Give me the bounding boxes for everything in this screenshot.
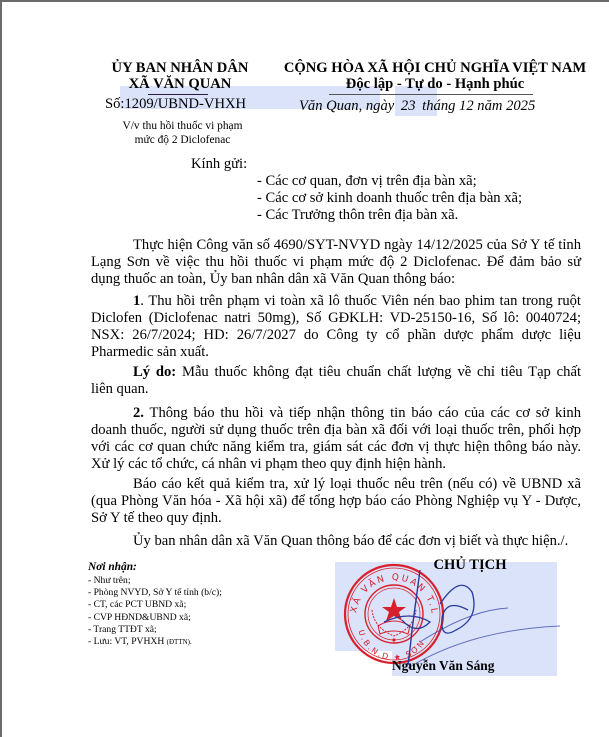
receivers-label: Nơi nhận: — [88, 561, 137, 573]
receivers-list: - Như trên; - Phòng NVYD, Sở Y tế tỉnh (… — [88, 575, 222, 648]
commune-name: XÃ VĂN QUAN — [80, 76, 280, 93]
recipient-item: - Các cơ sở kinh doanh thuốc trên địa bà… — [257, 190, 522, 207]
national-title: CỘNG HÒA XÃ HỘI CHỦ NGHĨA VIỆT NAM — [270, 60, 600, 77]
recipients-label: Kính gửi: — [191, 156, 247, 173]
date-suffix: tháng 12 năm 2025 — [422, 98, 535, 114]
intro-paragraph: Thực hiện Công văn số 4690/SYT-NVYD ngày… — [91, 237, 581, 288]
signer-name: Nguyễn Văn Sáng — [392, 658, 494, 674]
item-2-number: 2. — [133, 405, 144, 421]
agency-name: ỦY BAN NHÂN DÂN — [80, 60, 280, 77]
recipient-item: - Các Trưởng thôn trên địa bàn xã. — [257, 207, 458, 224]
subject-line-2: mức độ 2 Diclofenac — [80, 134, 285, 146]
agency-underline — [148, 94, 208, 95]
receiver-item: - Lưu: VT, PVHXH (ĐTTN). — [88, 636, 222, 648]
subject-line-1: V/v thu hồi thuốc vi phạm — [80, 120, 285, 132]
issue-date: Văn Quan, ngày 23 tháng 12 năm 2025 — [299, 98, 535, 115]
closing-statement: Ủy ban nhân dân xã Văn Quan thông báo để… — [133, 533, 568, 550]
doc-number: Số:1209/UBND-VHXH — [105, 96, 246, 113]
signer-title: CHỦ TỊCH — [400, 557, 540, 574]
date-day: 23 — [401, 98, 416, 114]
doc-number-value: 1209/UBND-VHXH — [124, 96, 246, 112]
item-2-paragraph: 2. Thông báo thu hồi và tiếp nhận thông … — [91, 405, 581, 473]
reason-paragraph: Lý do: Mẫu thuốc không đạt tiêu chuẩn ch… — [91, 364, 581, 398]
reason-label: Lý do: — [133, 364, 176, 380]
recipient-item: - Các cơ quan, đơn vị trên địa bàn xã; — [257, 173, 477, 190]
report-paragraph: Báo cáo kết quả kiểm tra, xử lý loại thu… — [91, 476, 581, 527]
date-prefix: Văn Quan, ngày — [299, 98, 394, 114]
receiver-item: - Như trên; — [88, 575, 222, 587]
motto-underline — [329, 94, 533, 95]
national-motto: Độc lập - Tự do - Hạnh phúc — [270, 76, 600, 93]
receiver-item: - Trang TTĐT xã; — [88, 624, 222, 636]
item-1-paragraph: 1. Thu hồi trên phạm vi toàn xã lô thuốc… — [91, 293, 581, 361]
receiver-item: - Phòng NVYD, Sở Y tế tỉnh (b/c); — [88, 587, 222, 599]
receiver-item: - CVP HĐND&UBND xã; — [88, 612, 222, 624]
doc-number-label: Số: — [105, 96, 124, 112]
receiver-item: - CT, các PCT UBND xã; — [88, 599, 222, 611]
